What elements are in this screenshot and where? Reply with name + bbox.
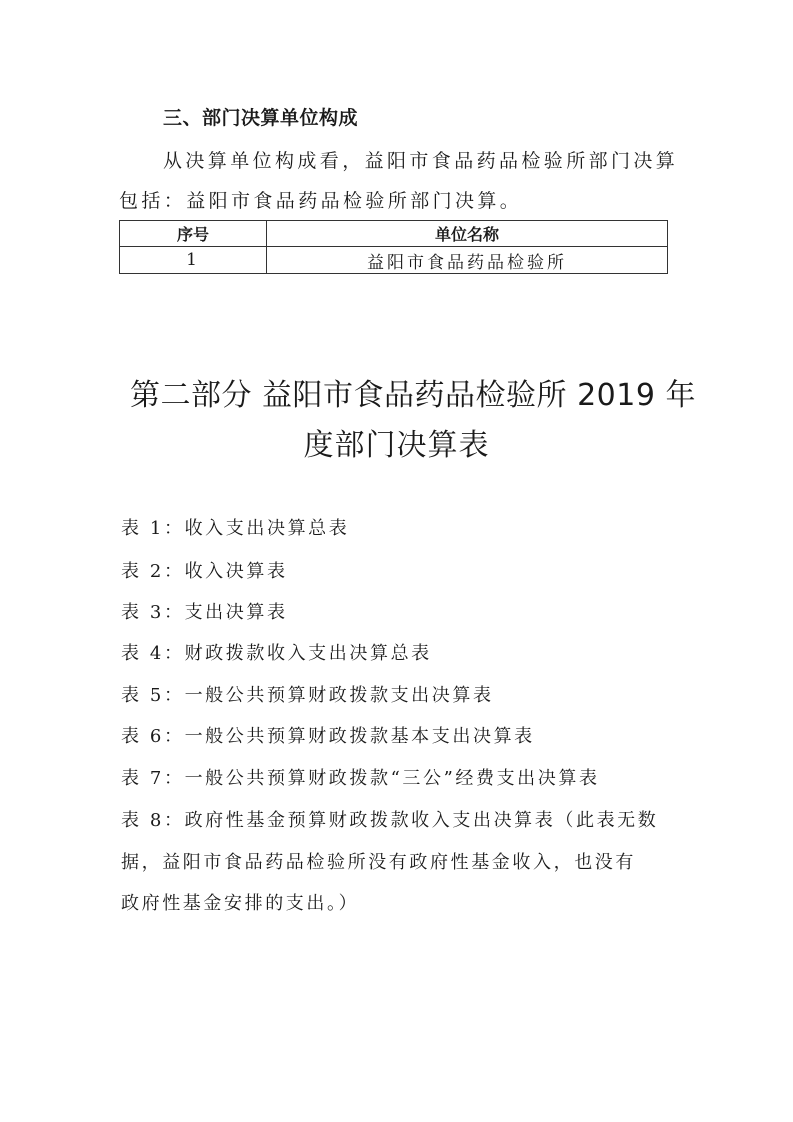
part-title-line-2: 度部门决算表 <box>0 420 793 464</box>
table-list-item-3: 表 3：支出决算表 <box>121 598 288 624</box>
table-header-row: 序号 单位名称 <box>120 221 668 247</box>
table-row: 1 益阳市食品药品检验所 <box>120 247 668 274</box>
table-list-item-6: 表 6：一般公共预算财政拨款基本支出决算表 <box>121 722 535 748</box>
unit-composition-table: 序号 单位名称 1 益阳市食品药品检验所 <box>119 220 668 274</box>
intro-paragraph-line-2: 包括：益阳市食品药品检验所部门决算。 <box>119 186 522 213</box>
table-list-item-5: 表 5：一般公共预算财政拨款支出决算表 <box>121 681 494 707</box>
table-list-item-1: 表 1：收入支出决算总表 <box>121 514 349 540</box>
table-8-note-line-2: 据，益阳市食品药品检验所没有政府性基金收入，也没有 <box>121 848 636 874</box>
header-unit-name: 单位名称 <box>267 221 668 247</box>
part-title-line-1: 第二部分 益阳市食品药品检验所 2019 年 <box>130 370 696 414</box>
table-list-item-2: 表 2：收入决算表 <box>121 557 288 583</box>
table-list-item-4: 表 4：财政拨款收入支出决算总表 <box>121 639 432 665</box>
cell-serial-number: 1 <box>120 247 267 274</box>
table-list-item-8: 表 8：政府性基金预算财政拨款收入支出决算表（此表无数 <box>121 806 658 832</box>
header-serial-number: 序号 <box>120 221 267 247</box>
cell-unit-name: 益阳市食品药品检验所 <box>267 247 668 274</box>
intro-paragraph-line-1: 从决算单位构成看，益阳市食品药品检验所部门决算 <box>163 146 678 173</box>
table-8-note-line-3: 政府性基金安排的支出。） <box>121 889 359 915</box>
table-list-item-7: 表 7：一般公共预算财政拨款“三公”经费支出决算表 <box>121 764 600 790</box>
section-heading: 三、部门决算单位构成 <box>163 103 358 130</box>
